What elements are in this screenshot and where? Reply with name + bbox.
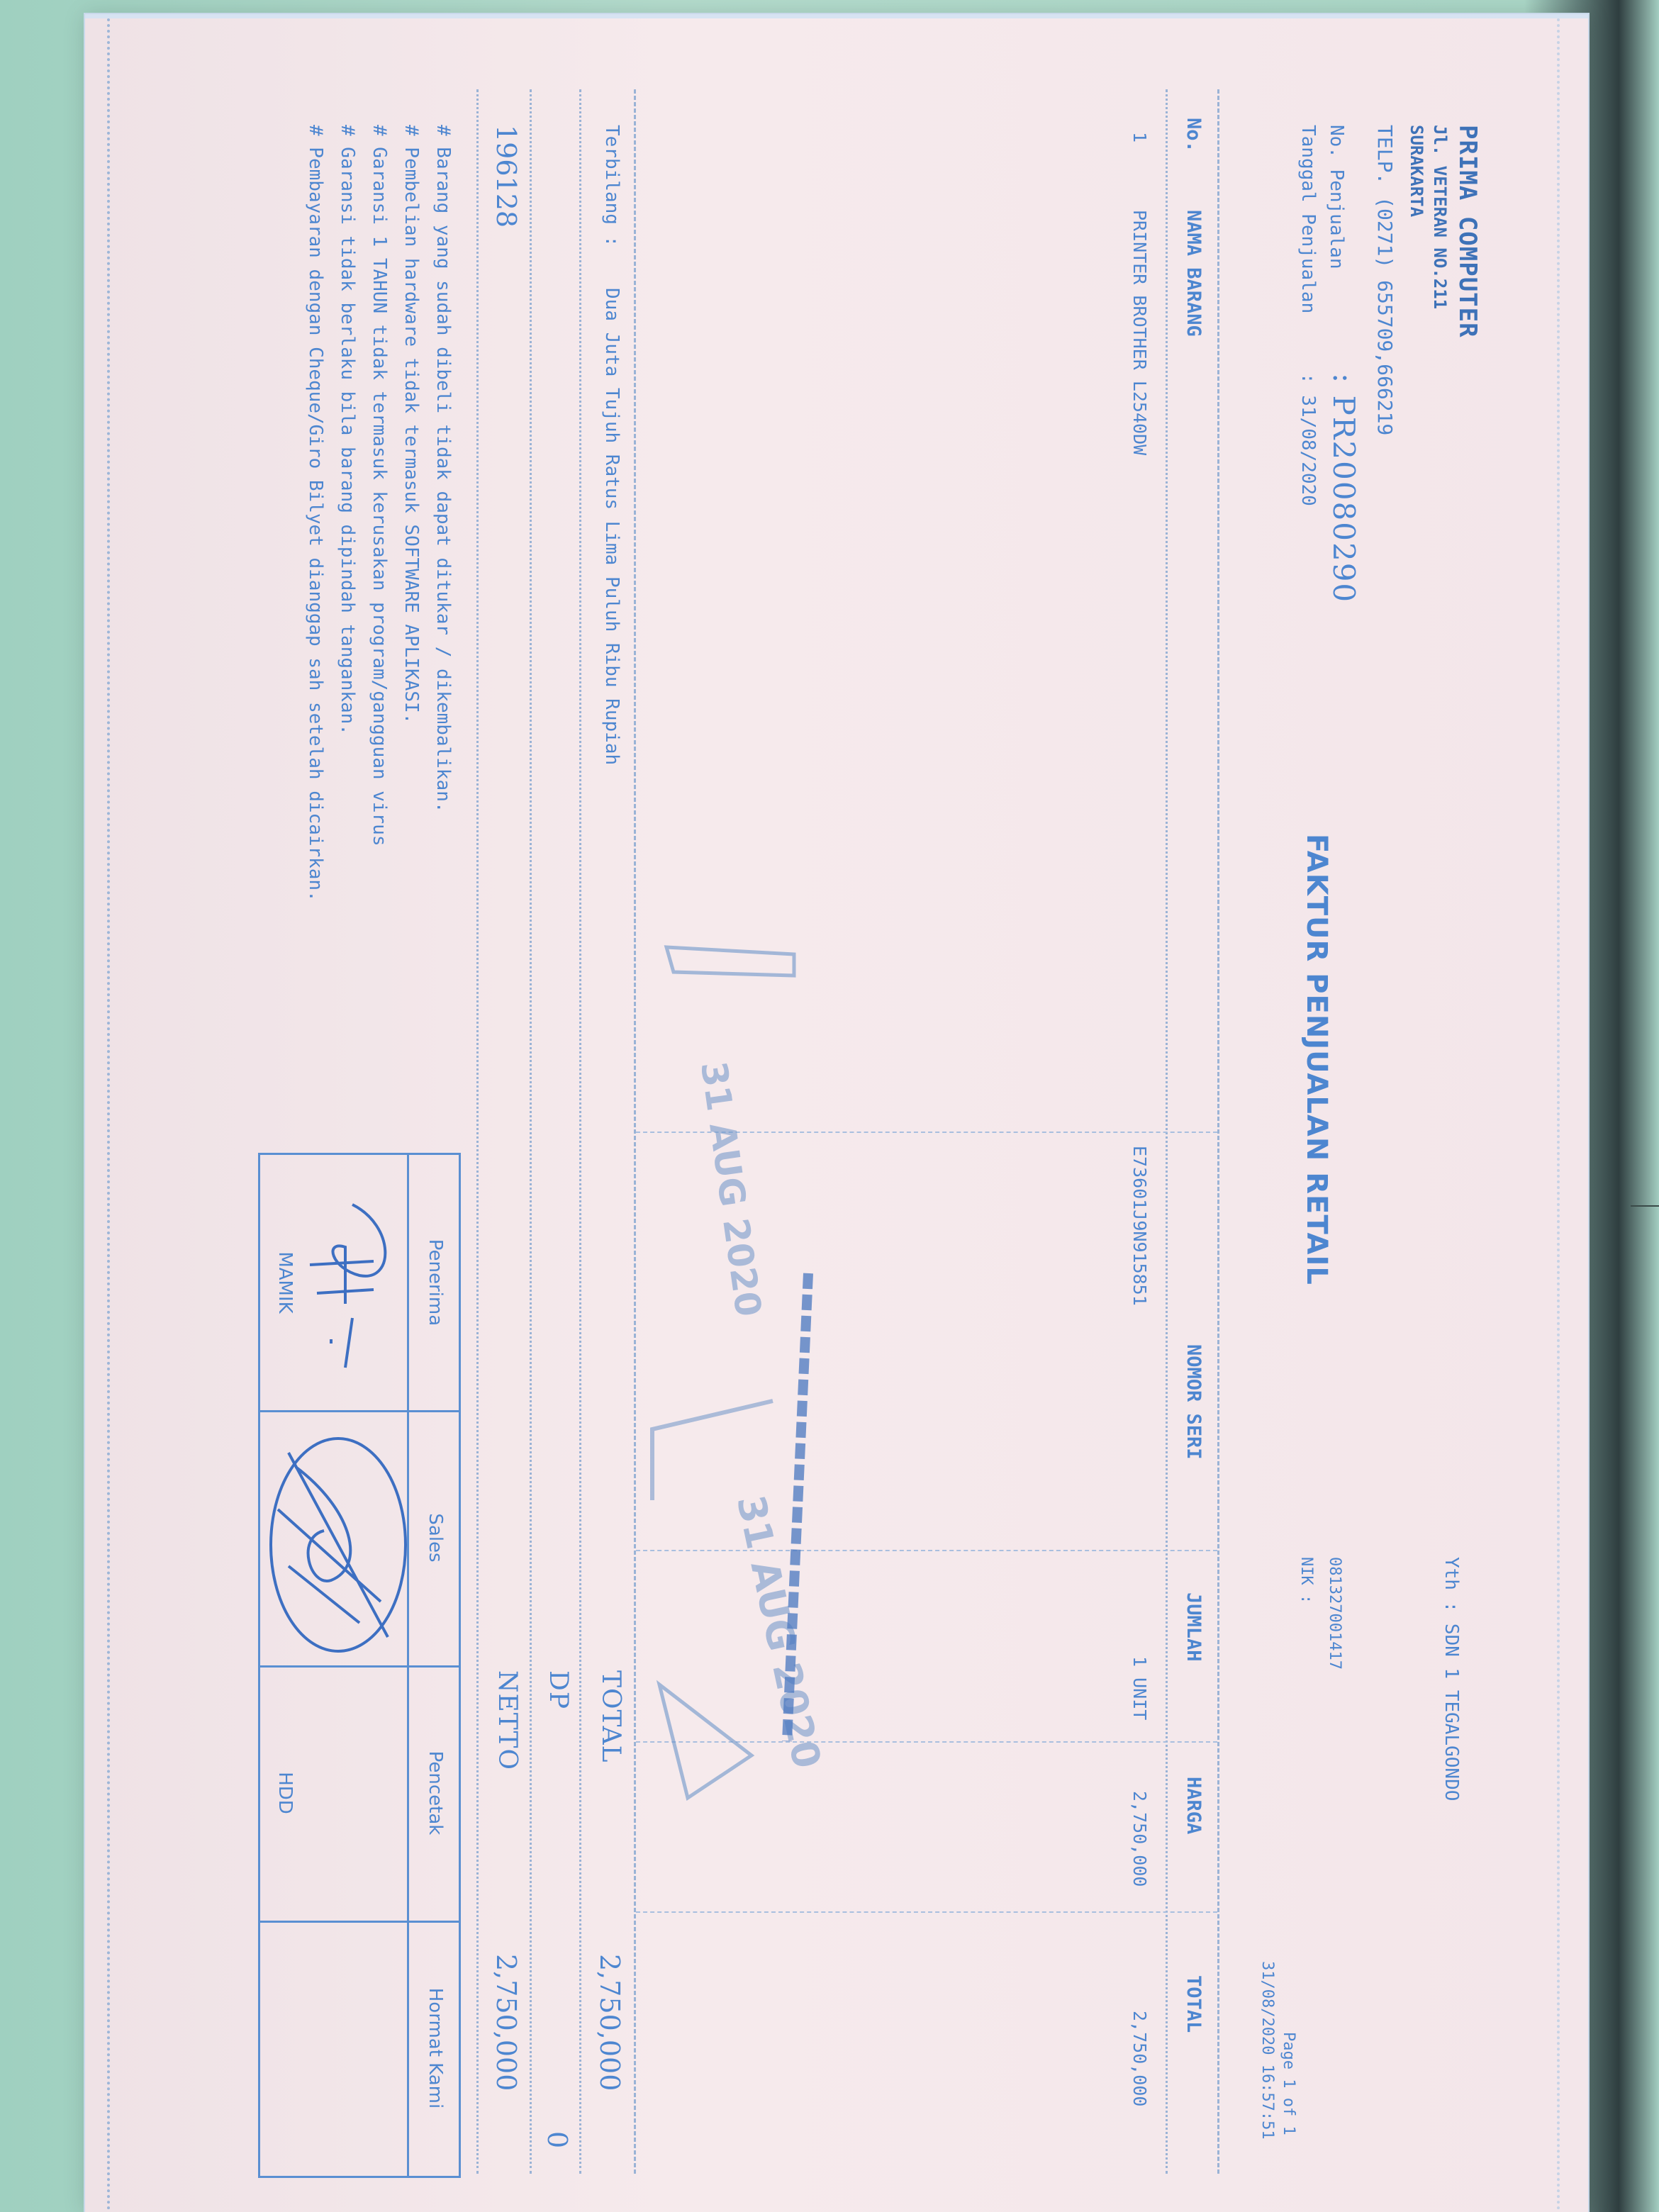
row-no: 1	[1129, 132, 1150, 143]
note-4: # Garansi tidak berlaku bila barang dipi…	[337, 125, 358, 735]
dp-label: DP	[544, 1670, 573, 1709]
document-code: 196128	[491, 125, 522, 228]
header-no: No.	[1183, 118, 1205, 152]
penerima-label: Penerima	[425, 1155, 446, 1410]
header-serial: NOMOR SERI	[1183, 1344, 1205, 1460]
signature-pencetak: Pencetak HDD	[260, 1665, 459, 1923]
company-address: Jl. VETERAN NO.211	[1430, 125, 1450, 309]
penerima-name: MAMIK	[274, 1155, 296, 1410]
dp-value: 0	[542, 2131, 573, 2148]
sale-number: : PR20080290	[1326, 373, 1361, 603]
netto-row: 196128 NETTO 2,750,000	[476, 89, 532, 2174]
sale-date-label: Tanggal Penjualan	[1297, 125, 1319, 313]
invoice-title: FAKTUR PENJUALAN RETAIL	[1300, 834, 1333, 1285]
header-item-name: NAMA BARANG	[1183, 210, 1205, 337]
note-2: # Pembelian hardware tidak termasuk SOFT…	[401, 125, 422, 724]
invoice-page: PRIMA COMPUTER Jl. VETERAN NO.211 SURAKA…	[85, 14, 1588, 2212]
row-qty: 1 UNIT	[1129, 1656, 1150, 1720]
header-total: TOTAL	[1183, 1975, 1205, 2033]
pencetak-label: Pencetak	[425, 1665, 446, 1921]
perforation-top	[107, 18, 110, 2212]
total-label: TOTAL	[596, 1670, 625, 1763]
netto-value: 2,750,000	[491, 1954, 522, 2091]
page-indicator: Page 1 of 1	[1280, 2032, 1297, 2135]
company-name: PRIMA COMPUTER	[1453, 125, 1482, 338]
penerima-signature-icon	[296, 1197, 402, 1382]
terbilang-value: Dua Juta Tujuh Ratus Lima Puluh Ribu Rup…	[601, 288, 622, 765]
dp-row: DP 0	[530, 89, 581, 2174]
printed-timestamp: 31/08/2020 16:57:51	[1258, 1961, 1276, 2140]
header-qty: JUMLAH	[1183, 1592, 1205, 1662]
pencetak-name: HDD	[274, 1665, 296, 1921]
header-price: HARGA	[1183, 1777, 1205, 1834]
company-phone: TELP. (0271) 655709,666219	[1373, 125, 1397, 435]
company-city: SURAKARTA	[1407, 125, 1426, 217]
hormat-label: Hormat Kami	[425, 1921, 446, 2176]
note-5: # Pembayaran dengan Cheque/Giro Bilyet d…	[305, 125, 326, 902]
note-1: # Barang yang sudah dibeli tidak dapat d…	[432, 125, 454, 813]
row-serial: E73601J9N915851	[1129, 1146, 1150, 1306]
signature-hormat: Hormat Kami	[260, 1921, 459, 2176]
sale-date: : 31/08/2020	[1297, 373, 1319, 506]
recipient: Yth : SDN 1 TEGALGONDO	[1441, 1557, 1462, 1801]
perforation-bottom	[1557, 18, 1560, 2212]
sales-signature-icon	[260, 1424, 430, 1665]
customer-phone: 081327001417	[1326, 1557, 1344, 1670]
total-value: 2,750,000	[594, 1954, 625, 2091]
stamp-frame-icon	[624, 905, 837, 1826]
desk-edge	[1631, 1205, 1659, 1207]
row-item-name: PRINTER BROTHER L2540DW	[1129, 210, 1150, 455]
nik-label: NIK :	[1297, 1557, 1315, 1604]
netto-label: NETTO	[493, 1670, 522, 1770]
sale-number-label: No. Penjualan	[1326, 125, 1347, 269]
terbilang-label: Terbilang :	[601, 125, 622, 247]
col-divider	[636, 1911, 1217, 1913]
note-3: # Garansi 1 TAHUN tidak termasuk kerusak…	[369, 125, 390, 846]
row-price: 2,750,000	[1129, 1791, 1150, 1887]
row-total: 2,750,000	[1129, 2011, 1150, 2106]
signature-box: Penerima MAMIK Sales Pencetak HDD Hormat…	[258, 1153, 461, 2178]
invoice-document: PRIMA COMPUTER Jl. VETERAN NO.211 SURAKA…	[85, 14, 1588, 2212]
